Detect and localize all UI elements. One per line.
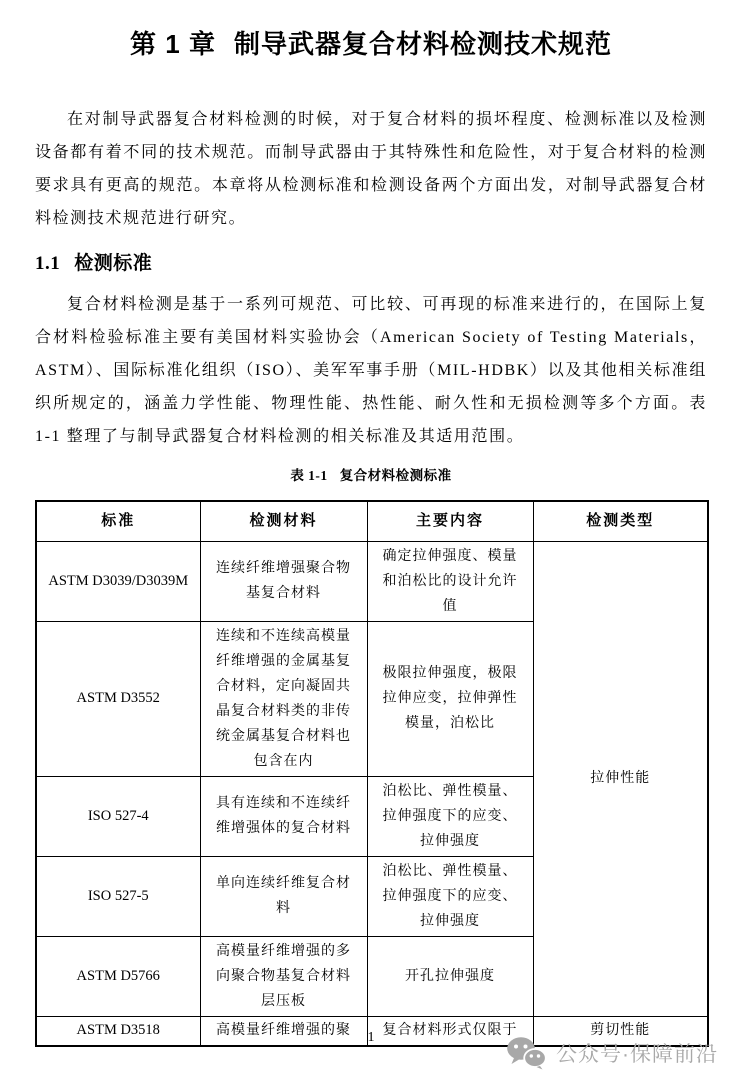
table-caption: 表 1-1复合材料检测标准 <box>0 464 742 484</box>
section-title-text: 检测标准 <box>74 253 152 274</box>
cell-content: 确定拉伸强度、模量和泊松比的设计允许值 <box>367 541 533 621</box>
watermark-text: 公众号·保障前沿 <box>556 1038 718 1068</box>
cell-material: 连续纤维增强聚合物基复合材料 <box>200 541 367 621</box>
cell-standard: ISO 527-5 <box>36 856 200 936</box>
chapter-title-text: 制导武器复合材料检测技术规范 <box>234 29 612 59</box>
cell-material: 连续和不连续高模量纤维增强的金属基复合材料，定向凝固共晶复合材料类的非传统金属基… <box>200 621 367 776</box>
intro-paragraph: 在对制导武器复合材料检测的时候，对于复合材料的损坏程度、检测标准以及检测设备都有… <box>35 103 707 235</box>
cell-material: 具有连续和不连续纤维增强体的复合材料 <box>200 776 367 856</box>
chapter-number: 第 1 章 <box>130 29 216 59</box>
section-heading: 1.1检测标准 <box>35 248 152 275</box>
table-caption-text: 复合材料检测标准 <box>340 468 452 483</box>
header-material: 检测材料 <box>200 501 367 541</box>
table-row: ASTM D3039/D3039M 连续纤维增强聚合物基复合材料 确定拉伸强度、… <box>36 541 708 621</box>
cell-standard: ASTM D3552 <box>36 621 200 776</box>
wechat-icon <box>506 1036 547 1070</box>
cell-material: 单向连续纤维复合材料 <box>200 856 367 936</box>
cell-standard: ASTM D5766 <box>36 936 200 1016</box>
header-content: 主要内容 <box>367 501 533 541</box>
cell-standard: ISO 527-4 <box>36 776 200 856</box>
cell-content: 开孔拉伸强度 <box>367 936 533 1016</box>
cell-material: 高模量纤维增强的多向聚合物基复合材料层压板 <box>200 936 367 1016</box>
header-test-type: 检测类型 <box>533 501 708 541</box>
cell-content: 泊松比、弹性模量、拉伸强度下的应变、拉伸强度 <box>367 856 533 936</box>
header-standard: 标准 <box>36 501 200 541</box>
chapter-title: 第 1 章制导武器复合材料检测技术规范 <box>0 24 742 61</box>
standards-paragraph: 复合材料检测是基于一系列可规范、可比较、可再现的标准来进行的，在国际上复合材料检… <box>35 288 707 453</box>
section-number: 1.1 <box>35 253 60 274</box>
standards-table: 标准 检测材料 主要内容 检测类型 ASTM D3039/D3039M 连续纤维… <box>35 500 709 1047</box>
cell-content: 极限拉伸强度，极限拉伸应变，拉伸弹性模量，泊松比 <box>367 621 533 776</box>
cell-content: 泊松比、弹性模量、拉伸强度下的应变、拉伸强度 <box>367 776 533 856</box>
cell-test-type-merged: 拉伸性能 <box>533 541 708 1016</box>
table-caption-number: 表 1-1 <box>290 468 327 483</box>
document-page: 第 1 章制导武器复合材料检测技术规范 在对制导武器复合材料检测的时候，对于复合… <box>0 0 742 1086</box>
cell-standard: ASTM D3039/D3039M <box>36 541 200 621</box>
watermark: 公众号·保障前沿 <box>506 1036 718 1070</box>
table-header-row: 标准 检测材料 主要内容 检测类型 <box>36 501 708 541</box>
